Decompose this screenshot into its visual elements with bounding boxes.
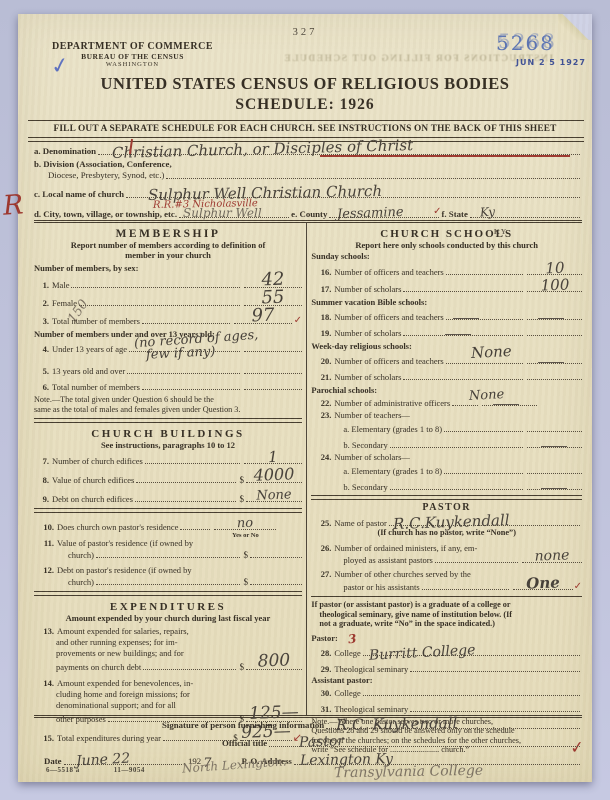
q24a-answer xyxy=(527,473,582,474)
graduate-line-2: theological seminary, give name of insti… xyxy=(311,610,512,619)
q7-number: 7. xyxy=(34,456,52,466)
leader-line: Sulphur Well Christian Church xyxy=(126,197,580,198)
q4-label: Under 13 years of age xyxy=(52,344,127,354)
form-schedule-title: SCHEDULE: 1926 xyxy=(18,96,592,114)
pencil-dash-mark xyxy=(538,318,564,319)
q22-answer xyxy=(482,405,537,406)
q28-label: College xyxy=(334,648,360,658)
q11-label-1: Value of pastor's residence (if owned by xyxy=(57,538,193,548)
q18-row: 18. Number of officers and teachers xyxy=(311,307,582,322)
bureau-line: BUREAU OF THE CENSUS xyxy=(52,52,213,61)
q10-value: no xyxy=(237,518,254,529)
leader-line xyxy=(136,482,235,483)
q3-number: 3. xyxy=(34,316,52,326)
q8-answer: 4000 xyxy=(246,482,302,483)
q11-answer xyxy=(250,557,302,558)
q16-label: Number of officers and teachers xyxy=(334,267,443,277)
leader-line: Ky KY. xyxy=(470,217,580,218)
rule xyxy=(34,418,302,423)
official-title-label: Official title xyxy=(222,738,267,749)
q27-label-2: pastor or his assistants xyxy=(311,582,419,592)
leader-line xyxy=(444,431,523,432)
q3-value: 97 xyxy=(251,308,274,323)
column-divider xyxy=(306,223,307,715)
q22-value: None xyxy=(469,390,505,402)
check-icon: ✓ xyxy=(294,316,302,326)
q9-label: Debt on church edifices xyxy=(52,494,133,504)
q9-row: 9. Debt on church edifices $ None xyxy=(34,485,302,504)
denomination-label: a. Denomination xyxy=(34,146,96,157)
leader-line: Pastor xyxy=(269,746,580,747)
agency-block: DEPARTMENT OF COMMERCE BUREAU OF THE CEN… xyxy=(52,41,213,68)
q23a-label: a. Elementary (grades 1 to 8) xyxy=(311,424,442,434)
q23-row: 23. Number of teachers— xyxy=(311,408,582,420)
q20-row: 20. Number of officers and teachers None xyxy=(311,351,582,366)
q25-row: 25. Name of pastor R.C.Kuykendall xyxy=(311,513,582,528)
leader-line: Sulphur Well R.R.#3 Nicholasville xyxy=(179,217,289,218)
q24-label: Number of scholars— xyxy=(334,452,410,462)
leader-line xyxy=(135,501,236,502)
q29-label: Theological seminary xyxy=(334,664,408,674)
pencil-note-2: Transylvania College xyxy=(334,763,483,782)
q11-number: 11. xyxy=(34,538,57,548)
form-number-2: 11—9054 xyxy=(114,766,145,774)
q17-label: Number of scholars xyxy=(334,284,401,294)
q22-row: 22. Number of administrative officers No… xyxy=(311,395,582,408)
leader-line xyxy=(422,589,509,590)
county-value: Jessamine xyxy=(337,207,404,220)
leader-line: Jessamine ✓ xyxy=(329,217,439,218)
q18-label: Number of officers and teachers xyxy=(334,312,443,322)
q24b-row: b. Secondary xyxy=(311,476,582,492)
q8-number: 8. xyxy=(34,475,52,485)
q13-line4: payments on church debt $ 800 xyxy=(34,658,302,672)
q24b-answer xyxy=(527,489,582,490)
q30-label: College xyxy=(334,688,360,698)
state-value: Ky xyxy=(479,206,495,218)
leader-line: Burritt College xyxy=(363,655,580,656)
leader-line xyxy=(446,319,523,320)
signature-value: R.C. Kuykendall xyxy=(336,718,458,731)
q7-value: 1 xyxy=(268,451,278,463)
membership-sub-2: member in your church xyxy=(34,250,302,260)
q25-value: R.C.Kuykendall xyxy=(393,515,510,529)
leader-line xyxy=(410,671,580,672)
dollar-sign: $ xyxy=(244,550,249,560)
pencil-dash-mark xyxy=(541,488,567,489)
membership-note-1: Note.—The total given under Question 6 s… xyxy=(34,395,214,404)
pastor-red-mark: 3 xyxy=(347,633,356,644)
q20-number: 20. xyxy=(311,356,334,366)
buildings-heading: CHURCH BUILDINGS xyxy=(34,428,302,440)
leader-line xyxy=(142,389,240,390)
local-name-row: c. Local name of church Sulphur Well Chr… xyxy=(34,189,582,200)
form-body-columns: MEMBERSHIP Report number of members acco… xyxy=(34,220,582,718)
signature-label: Signature of person furnishing informati… xyxy=(162,720,324,731)
q13-line1: 13. Amount expended for salaries, repair… xyxy=(34,625,302,636)
q17-value: 100 xyxy=(540,279,569,292)
red-underline-mark xyxy=(320,155,571,157)
state-label: f. State xyxy=(441,209,467,220)
church-identity-section: a. Denomination Christian Church, or Dis… xyxy=(34,142,582,220)
q27-line2: pastor or his assistants One ✓ xyxy=(311,579,582,592)
leader-line xyxy=(403,291,523,292)
q31-label: Theological seminary xyxy=(334,704,408,714)
leader-line xyxy=(71,287,240,288)
leader-line xyxy=(403,335,523,336)
q13-number: 13. xyxy=(34,626,57,636)
official-title-row: Official title Pastor xyxy=(34,738,582,749)
schools-sub: Report here only schools conducted by th… xyxy=(311,240,582,250)
leader-line xyxy=(410,711,580,712)
q8-label: Value of church edifices xyxy=(52,475,134,485)
leader-line xyxy=(142,323,230,324)
dollar-sign: $ xyxy=(240,662,245,672)
expenditures-sub: Amount expended by your church during la… xyxy=(34,613,302,623)
q18-number: 18. xyxy=(311,312,334,322)
q24-row: 24. Number of scholars— xyxy=(311,450,582,462)
form-number-1: 6—5518 a xyxy=(46,766,80,774)
q12-label-2: church) xyxy=(34,577,94,587)
division-label-2: Diocese, Presbytery, Synod, etc.) xyxy=(34,170,164,181)
buildings-sub: See instructions, paragraphs 10 to 12 xyxy=(34,440,302,450)
leader-line xyxy=(96,584,240,585)
q13-answer: 800 xyxy=(246,669,302,670)
leader-line: R.C. Kuykendall xyxy=(326,728,580,729)
q7-label: Number of church edifices xyxy=(52,456,143,466)
city-red-correction: R.R.#3 Nicholasville xyxy=(153,198,258,211)
file-number-stamp: 5268 xyxy=(496,31,555,55)
q13-value: 800 xyxy=(258,655,291,670)
dollar-sign: $ xyxy=(240,475,245,485)
dollar-sign: $ xyxy=(244,577,249,587)
q10-answer: no Yes or No xyxy=(214,529,276,530)
assistant-pastor-label: Assistant pastor: xyxy=(311,675,372,685)
assistant-pastor-row: Assistant pastor: xyxy=(311,674,582,685)
q13-line2: and other running expenses; for im- xyxy=(34,636,302,647)
q16-value: 10 xyxy=(545,262,565,275)
pencil-dash-mark xyxy=(493,404,519,405)
margin-red-letter: R xyxy=(2,189,24,221)
q16-answer: 10 xyxy=(527,274,582,275)
q21-row: 21. Number of scholars xyxy=(311,366,582,382)
q27-value: One xyxy=(526,576,560,589)
q21-number: 21. xyxy=(311,372,334,382)
q13-label-3: provements or new buildings; and for xyxy=(34,648,184,658)
membership-sub-1: Report number of members according to de… xyxy=(34,240,302,250)
q13-label-1: Amount expended for salaries, repairs, xyxy=(57,626,189,636)
q6-number: 6. xyxy=(34,382,52,392)
scanned-census-form: 327 INSTRUCTIONS FOR FILLING OUT SCHEDUL… xyxy=(0,0,610,800)
leader-line xyxy=(145,463,240,464)
q28-value: Burritt College xyxy=(369,645,476,661)
q14-label-2: cluding home and foreign missions; for xyxy=(34,689,190,699)
q23-number: 23. xyxy=(311,410,334,420)
q26-number: 26. xyxy=(311,543,334,553)
q23b-answer xyxy=(527,447,582,448)
weekday-schools-heading: Week-day religious schools: xyxy=(311,341,582,351)
rule xyxy=(311,596,582,597)
form-title: UNITED STATES CENSUS OF RELIGIOUS BODIES xyxy=(18,74,592,94)
q17-number: 17. xyxy=(311,284,334,294)
q23b-label: b. Secondary xyxy=(311,440,387,450)
q11-row-line2: church) $ xyxy=(34,548,302,560)
schools-heading: CHURCH SCHOOLS xyxy=(311,228,582,240)
q30-row: 30. College xyxy=(311,685,582,698)
q14-label-3: denominational support; and for all xyxy=(34,700,176,710)
rule xyxy=(28,120,584,121)
q14-line2: cluding home and foreign missions; for xyxy=(34,688,302,699)
q25-label: Name of pastor xyxy=(334,518,386,528)
q22-number: 22. xyxy=(311,398,334,408)
q20-answer xyxy=(527,363,582,364)
pastor-grad-label: Pastor: xyxy=(311,633,337,643)
local-name-label: c. Local name of church xyxy=(34,189,124,200)
q19-row: 19. Number of scholars xyxy=(311,322,582,338)
q12-number: 12. xyxy=(34,565,57,575)
leader-line xyxy=(166,178,580,179)
leader-line xyxy=(79,305,240,306)
q1-number: 1. xyxy=(34,280,52,290)
denomination-row: a. Denomination Christian Church, or Dis… xyxy=(34,146,582,157)
leader-line xyxy=(390,447,523,448)
q19-label: Number of scholars xyxy=(334,328,401,338)
leader-line xyxy=(180,529,210,530)
rule xyxy=(34,508,302,513)
q22-label: Number of administrative officers xyxy=(334,398,450,408)
received-date-stamp: JUN 2 5 1927 xyxy=(516,58,586,67)
q5-number: 5. xyxy=(34,366,52,376)
q10-caption: Yes or No xyxy=(214,531,276,541)
q4-number: 4. xyxy=(34,344,52,354)
q26-label-1: Number of ordained ministers, if any, em… xyxy=(334,543,477,553)
leader-line xyxy=(452,405,478,406)
q25-number: 25. xyxy=(311,518,334,528)
q6-row: 6. Total number of members xyxy=(34,376,302,392)
q14-label-1: Amount expended for benevolences, in- xyxy=(57,678,193,688)
leader-line xyxy=(96,557,240,558)
q4-answer xyxy=(244,351,302,352)
form-paper: 327 INSTRUCTIONS FOR FILLING OUT SCHEDUL… xyxy=(18,14,592,782)
q9-value: None xyxy=(256,490,292,502)
leader-line: Christian Church, or Disciples of Christ xyxy=(98,154,580,155)
q18-answer xyxy=(527,319,582,320)
leader-line: June 22 xyxy=(64,764,182,765)
q19-number: 19. xyxy=(311,328,334,338)
leader-line xyxy=(363,695,580,696)
county-label: e. County xyxy=(291,209,327,220)
rule xyxy=(34,591,302,596)
q20-value: None xyxy=(471,346,512,358)
expenditures-heading: EXPENDITURES xyxy=(34,601,302,613)
summer-schools-heading: Summer vacation Bible schools: xyxy=(311,297,582,307)
graduate-instruction: If pastor (or assistant pastor) is a gra… xyxy=(311,600,582,629)
q9-answer: None xyxy=(246,501,302,502)
q31-row: 31. Theological seminary xyxy=(311,698,582,714)
q24a-label: a. Elementary (grades 1 to 8) xyxy=(311,466,442,476)
graduate-line-1: If pastor (or assistant pastor) is a gra… xyxy=(311,600,510,609)
pencil-dash-mark xyxy=(541,446,567,447)
q3-answer: 97 xyxy=(234,323,292,324)
q24a-row: a. Elementary (grades 1 to 8) xyxy=(311,462,582,476)
membership-note: Note.—The total given under Question 6 s… xyxy=(34,395,302,414)
q4-q5-group: 4. Under 13 years of age 5. 13 years old… xyxy=(34,339,302,376)
q20-label: Number of officers and teachers xyxy=(334,356,443,366)
q23b-row: b. Secondary xyxy=(311,434,582,450)
signature-section: Signature of person furnishing informati… xyxy=(34,714,582,782)
right-column: CHURCH SCHOOLS Report here only schools … xyxy=(311,223,582,715)
q27-label-1: Number of other churches served by the xyxy=(334,569,470,579)
check-icon: ✓ xyxy=(574,582,582,592)
q12-answer xyxy=(250,584,302,585)
signature-row: Signature of person furnishing informati… xyxy=(34,720,582,731)
q29-row: 29. Theological seminary xyxy=(311,658,582,674)
q12-row-line1: 12. Debt on pastor's residence (if owned… xyxy=(34,563,302,575)
q26-value: none xyxy=(534,550,569,562)
q23a-row: a. Elementary (grades 1 to 8) xyxy=(311,420,582,434)
leader-line: R.C.Kuykendall xyxy=(389,525,580,526)
graduate-line-3: not a graduate, write “No” in the space … xyxy=(311,619,495,628)
pastor-grad-row: Pastor: 3 xyxy=(311,631,582,643)
washington-line: WASHINGTON xyxy=(52,61,213,68)
dollar-sign: $ xyxy=(240,494,245,504)
leader-line xyxy=(403,379,523,380)
q12-label-1: Debt on pastor's residence (if owned by xyxy=(57,565,192,575)
q8-value: 4000 xyxy=(253,468,294,482)
q7-row: 7. Number of church edifices 1 xyxy=(34,450,302,466)
q3-label: Total number of members xyxy=(52,316,140,326)
rule xyxy=(311,495,582,500)
pastor-heading: PASTOR xyxy=(311,502,582,513)
q1-value: 42 xyxy=(261,272,284,287)
city-county-state-row: d. City, town, village, or township, etc… xyxy=(34,209,582,220)
q2-value: 55 xyxy=(261,290,284,305)
q1-label: Male xyxy=(52,280,69,290)
leader-line xyxy=(127,373,240,374)
q14-line1: 14. Amount expended for benevolences, in… xyxy=(34,676,302,688)
q3-total-row: 3. Total number of members 97 ✓ xyxy=(34,308,302,326)
leader-line xyxy=(446,274,523,275)
q21-label: Number of scholars xyxy=(334,372,401,382)
q6-label: Total number of members xyxy=(52,382,140,392)
leader-line xyxy=(446,363,523,364)
q31-number: 31. xyxy=(311,704,334,714)
banner-instruction: FILL OUT A SEPARATE SCHEDULE FOR EACH CH… xyxy=(18,124,592,134)
q17-row: 17. Number of scholars 100 xyxy=(311,277,582,294)
check-icon: ✓ xyxy=(433,206,441,217)
q9-number: 9. xyxy=(34,494,52,504)
q24b-label: b. Secondary xyxy=(311,482,387,492)
pencil-dash-mark xyxy=(453,318,479,319)
pencil-dash-mark xyxy=(538,362,564,363)
q16-number: 16. xyxy=(311,267,334,277)
q2-number: 2. xyxy=(34,298,52,308)
leader-line xyxy=(143,669,235,670)
q27-number: 27. xyxy=(311,569,334,579)
parochial-schools-heading: Parochial schools: xyxy=(311,385,582,395)
q30-number: 30. xyxy=(311,688,334,698)
q14-number: 14. xyxy=(34,678,57,688)
q24-number: 24. xyxy=(311,452,334,462)
leader-line xyxy=(435,562,518,563)
q8-row: 8. Value of church edifices $ 4000 xyxy=(34,466,302,485)
q23-label: Number of teachers— xyxy=(334,410,410,420)
q5-answer xyxy=(244,373,302,374)
q10-number: 10. xyxy=(34,522,57,532)
q29-number: 29. xyxy=(311,664,334,674)
q10-row: 10. Does church own pastor's residence n… xyxy=(34,515,302,532)
q13-label-4: payments on church debt xyxy=(34,662,141,672)
q26-answer: none xyxy=(522,562,582,563)
sunday-schools-heading: Sunday schools: xyxy=(311,251,582,261)
q26-label-2: ployed as assistant pastors xyxy=(311,555,432,565)
q28-number: 28. xyxy=(311,648,334,658)
leader-line xyxy=(390,489,523,490)
division-row-line2: Diocese, Presbytery, Synod, etc.) xyxy=(34,170,582,181)
department-line: DEPARTMENT OF COMMERCE xyxy=(52,41,213,52)
q27-answer: One xyxy=(513,589,573,590)
q10-label: Does church own pastor's residence xyxy=(57,522,178,532)
membership-note-2: same as the total of males and females g… xyxy=(34,405,240,414)
q6-answer xyxy=(244,389,302,390)
pencil-dash-mark xyxy=(445,334,471,335)
q26-line2: ployed as assistant pastors none xyxy=(311,553,582,565)
q16-row: 16. Number of officers and teachers 10 xyxy=(311,261,582,277)
q11-label-2: church) xyxy=(34,550,94,560)
q5-label: 13 years old and over xyxy=(52,366,125,376)
q17-answer: 100 xyxy=(527,291,582,292)
q23a-answer xyxy=(527,431,582,432)
q12-row-line2: church) $ xyxy=(34,575,302,587)
q21-answer xyxy=(527,379,582,380)
left-column: MEMBERSHIP Report number of members acco… xyxy=(34,223,302,715)
official-title-value: Pastor xyxy=(299,736,344,749)
form-number-block: 6—5518 a11—9054 xyxy=(46,766,179,774)
q19-answer xyxy=(527,335,582,336)
leader-line xyxy=(444,473,523,474)
q2-label: Female xyxy=(52,298,77,308)
membership-heading: MEMBERSHIP xyxy=(34,228,302,240)
q13-label-2: and other running expenses; for im- xyxy=(34,637,178,647)
